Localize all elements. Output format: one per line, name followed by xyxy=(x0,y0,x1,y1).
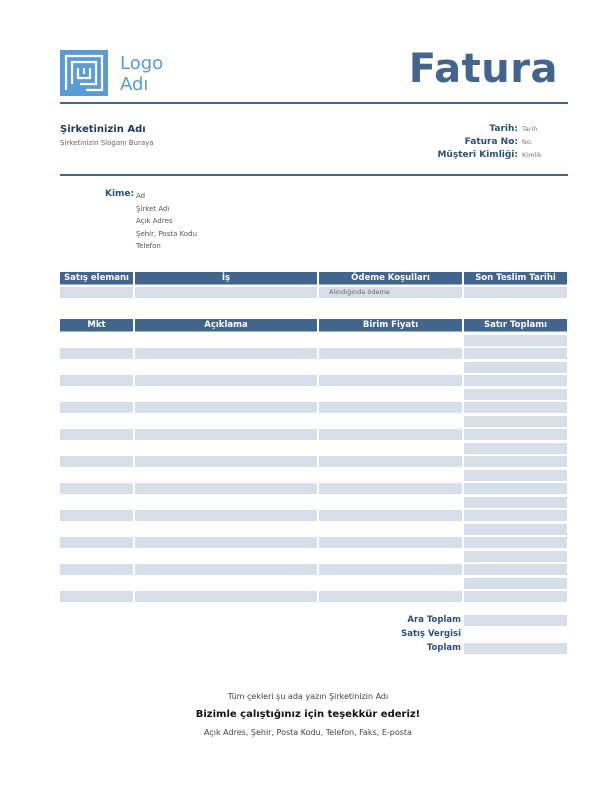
description-cell[interactable] xyxy=(135,362,317,373)
qty-cell[interactable] xyxy=(60,524,133,535)
sales-tax-row: Satış Vergisi xyxy=(267,627,567,641)
unit-price-cell[interactable] xyxy=(319,524,462,535)
table-row xyxy=(60,362,567,373)
company-slogan: Şirketinizin Sloganı Buraya xyxy=(60,139,154,147)
recipient-phone[interactable]: Telefon xyxy=(136,240,197,253)
qty-cell[interactable] xyxy=(60,564,133,575)
unit-price-cell[interactable] xyxy=(319,551,462,562)
line-total-cell[interactable] xyxy=(464,389,567,400)
qty-cell[interactable] xyxy=(60,497,133,508)
unit-price-cell[interactable] xyxy=(319,443,462,454)
meta-customer-id: Müşteri Kimliği: Kimlik xyxy=(340,150,560,163)
salesperson-cell[interactable] xyxy=(60,287,133,298)
logo-line-2: Adı xyxy=(120,74,163,95)
line-total-cell[interactable] xyxy=(464,443,567,454)
qty-cell[interactable] xyxy=(60,470,133,481)
line-total-cell[interactable] xyxy=(464,348,567,359)
line-items-table: Mkt Açıklama Birim Fiyatı Satır Toplamı xyxy=(60,319,567,602)
unit-price-cell[interactable] xyxy=(319,578,462,589)
meta-divider xyxy=(60,174,568,176)
line-total-cell[interactable] xyxy=(464,456,567,467)
totals-section: Ara Toplam Satış Vergisi Toplam xyxy=(267,613,567,655)
meta-invoice-no-value[interactable]: No. xyxy=(522,138,560,146)
description-cell[interactable] xyxy=(135,470,317,481)
sales-tax-value[interactable] xyxy=(464,629,567,640)
sales-info-table: Satış elemanı İş Ödeme Koşulları Son Tes… xyxy=(60,272,567,298)
subtotal-row: Ara Toplam xyxy=(267,613,567,627)
description-cell[interactable] xyxy=(135,375,317,386)
table-row xyxy=(60,456,567,467)
unit-price-cell[interactable] xyxy=(319,537,462,548)
line-total-cell[interactable] xyxy=(464,483,567,494)
description-cell[interactable] xyxy=(135,429,317,440)
line-total-cell[interactable] xyxy=(464,402,567,413)
line-total-cell[interactable] xyxy=(464,564,567,575)
table-row xyxy=(60,470,567,481)
description-cell[interactable] xyxy=(135,578,317,589)
unit-price-cell[interactable] xyxy=(319,456,462,467)
line-total-cell[interactable] xyxy=(464,510,567,521)
meta-invoice-no-label: Fatura No: xyxy=(465,137,518,147)
qty-cell[interactable] xyxy=(60,348,133,359)
recipient-street[interactable]: Açık Adres xyxy=(136,215,197,228)
description-cell[interactable] xyxy=(135,402,317,413)
header-description: Açıklama xyxy=(135,319,317,332)
description-cell[interactable] xyxy=(135,591,317,602)
line-total-cell[interactable] xyxy=(464,429,567,440)
qty-cell[interactable] xyxy=(60,537,133,548)
line-total-cell[interactable] xyxy=(464,375,567,386)
description-cell[interactable] xyxy=(135,483,317,494)
line-total-cell[interactable] xyxy=(464,470,567,481)
qty-cell[interactable] xyxy=(60,335,133,346)
qty-cell[interactable] xyxy=(60,416,133,427)
total-label: Toplam xyxy=(427,643,461,653)
items-header-row: Mkt Açıklama Birim Fiyatı Satır Toplamı xyxy=(60,319,567,332)
table-row xyxy=(60,524,567,535)
table-row xyxy=(60,429,567,440)
unit-price-cell[interactable] xyxy=(319,591,462,602)
qty-cell[interactable] xyxy=(60,443,133,454)
header-qty: Mkt xyxy=(60,319,133,332)
invoice-meta: Tarih: Tarih Fatura No: No. Müşteri Kiml… xyxy=(340,124,560,163)
recipient-company[interactable]: Şirket Adı xyxy=(136,203,197,216)
meta-date-label: Tarih: xyxy=(489,124,518,134)
qty-cell[interactable] xyxy=(60,483,133,494)
unit-price-cell[interactable] xyxy=(319,389,462,400)
description-cell[interactable] xyxy=(135,551,317,562)
payment-terms-cell[interactable]: Alındığında ödeme xyxy=(319,287,462,298)
table-row xyxy=(60,510,567,521)
header-job: İş xyxy=(135,272,317,285)
header-unit-price: Birim Fiyatı xyxy=(319,319,462,332)
table-row xyxy=(60,591,567,602)
unit-price-cell[interactable] xyxy=(319,375,462,386)
qty-cell[interactable] xyxy=(60,456,133,467)
total-value[interactable] xyxy=(464,643,567,654)
meta-customer-id-label: Müşteri Kimliği: xyxy=(437,150,518,160)
header-payment-terms: Ödeme Koşulları xyxy=(319,272,462,285)
table-row xyxy=(60,551,567,562)
items-body xyxy=(60,335,567,603)
unit-price-cell[interactable] xyxy=(319,402,462,413)
unit-price-cell[interactable] xyxy=(319,510,462,521)
qty-cell[interactable] xyxy=(60,389,133,400)
recipient-label: Kime: xyxy=(105,189,134,199)
sales-tax-label: Satış Vergisi xyxy=(401,629,461,639)
description-cell[interactable] xyxy=(135,389,317,400)
unit-price-cell[interactable] xyxy=(319,416,462,427)
table-row xyxy=(60,402,567,413)
table-row xyxy=(60,564,567,575)
unit-price-cell[interactable] xyxy=(319,483,462,494)
sales-row: Alındığında ödeme xyxy=(60,287,567,298)
line-total-cell[interactable] xyxy=(464,591,567,602)
qty-cell[interactable] xyxy=(60,362,133,373)
table-row xyxy=(60,335,567,346)
meta-date: Tarih: Tarih xyxy=(340,124,560,137)
qty-cell[interactable] xyxy=(60,510,133,521)
total-row: Toplam xyxy=(267,641,567,655)
qty-cell[interactable] xyxy=(60,578,133,589)
description-cell[interactable] xyxy=(135,456,317,467)
footer-thank-you: Bizimle çalıştığınız için teşekkür ederi… xyxy=(0,709,616,720)
recipient-name[interactable]: Ad xyxy=(136,190,197,203)
company-name: Şirketinizin Adı xyxy=(60,124,146,135)
description-cell[interactable] xyxy=(135,524,317,535)
qty-cell[interactable] xyxy=(60,551,133,562)
invoice-title: Fatura xyxy=(409,43,558,95)
unit-price-cell[interactable] xyxy=(319,348,462,359)
subtotal-label: Ara Toplam xyxy=(407,615,461,625)
qty-cell[interactable] xyxy=(60,402,133,413)
table-row xyxy=(60,537,567,548)
header-line-total: Satır Toplamı xyxy=(464,319,567,332)
unit-price-cell[interactable] xyxy=(319,429,462,440)
line-total-cell[interactable] xyxy=(464,537,567,548)
unit-price-cell[interactable] xyxy=(319,497,462,508)
header-due-date: Son Teslim Tarihi xyxy=(464,272,567,285)
meta-invoice-no: Fatura No: No. xyxy=(340,137,560,150)
qty-cell[interactable] xyxy=(60,591,133,602)
subtotal-value[interactable] xyxy=(464,615,567,626)
header-divider xyxy=(60,102,568,104)
meta-date-value[interactable]: Tarih xyxy=(522,125,560,133)
logo-line-1: Logo xyxy=(120,53,163,74)
table-row xyxy=(60,348,567,359)
job-cell[interactable] xyxy=(135,287,317,298)
recipient-address: Ad Şirket Adı Açık Adres Şehir, Posta Ko… xyxy=(136,190,197,253)
footer-contact: Açık Adres, Şehir, Posta Kodu, Telefon, … xyxy=(0,728,616,737)
line-total-cell[interactable] xyxy=(464,416,567,427)
due-date-cell[interactable] xyxy=(464,287,567,298)
table-row xyxy=(60,389,567,400)
line-total-cell[interactable] xyxy=(464,497,567,508)
recipient-city-zip[interactable]: Şehir, Posta Kodu xyxy=(136,228,197,241)
description-cell[interactable] xyxy=(135,497,317,508)
unit-price-cell[interactable] xyxy=(319,362,462,373)
line-total-cell[interactable] xyxy=(464,362,567,373)
description-cell[interactable] xyxy=(135,443,317,454)
logo-name: Logo Adı xyxy=(120,53,163,95)
description-cell[interactable] xyxy=(135,335,317,346)
header-salesperson: Satış elemanı xyxy=(60,272,133,285)
footer-checks-note: Tüm çekleri şu ada yazın Şirketinizin Ad… xyxy=(0,692,616,701)
description-cell[interactable] xyxy=(135,416,317,427)
logo-icon xyxy=(60,50,108,96)
table-row xyxy=(60,483,567,494)
qty-cell[interactable] xyxy=(60,375,133,386)
table-row xyxy=(60,578,567,589)
unit-price-cell[interactable] xyxy=(319,470,462,481)
meta-customer-id-value[interactable]: Kimlik xyxy=(522,151,560,159)
table-row xyxy=(60,375,567,386)
unit-price-cell[interactable] xyxy=(319,564,462,575)
line-total-cell[interactable] xyxy=(464,578,567,589)
description-cell[interactable] xyxy=(135,510,317,521)
table-row xyxy=(60,416,567,427)
line-total-cell[interactable] xyxy=(464,524,567,535)
unit-price-cell[interactable] xyxy=(319,335,462,346)
sales-header-row: Satış elemanı İş Ödeme Koşulları Son Tes… xyxy=(60,272,567,285)
table-row xyxy=(60,497,567,508)
qty-cell[interactable] xyxy=(60,429,133,440)
description-cell[interactable] xyxy=(135,537,317,548)
description-cell[interactable] xyxy=(135,348,317,359)
line-total-cell[interactable] xyxy=(464,335,567,346)
description-cell[interactable] xyxy=(135,564,317,575)
table-row xyxy=(60,443,567,454)
line-total-cell[interactable] xyxy=(464,551,567,562)
